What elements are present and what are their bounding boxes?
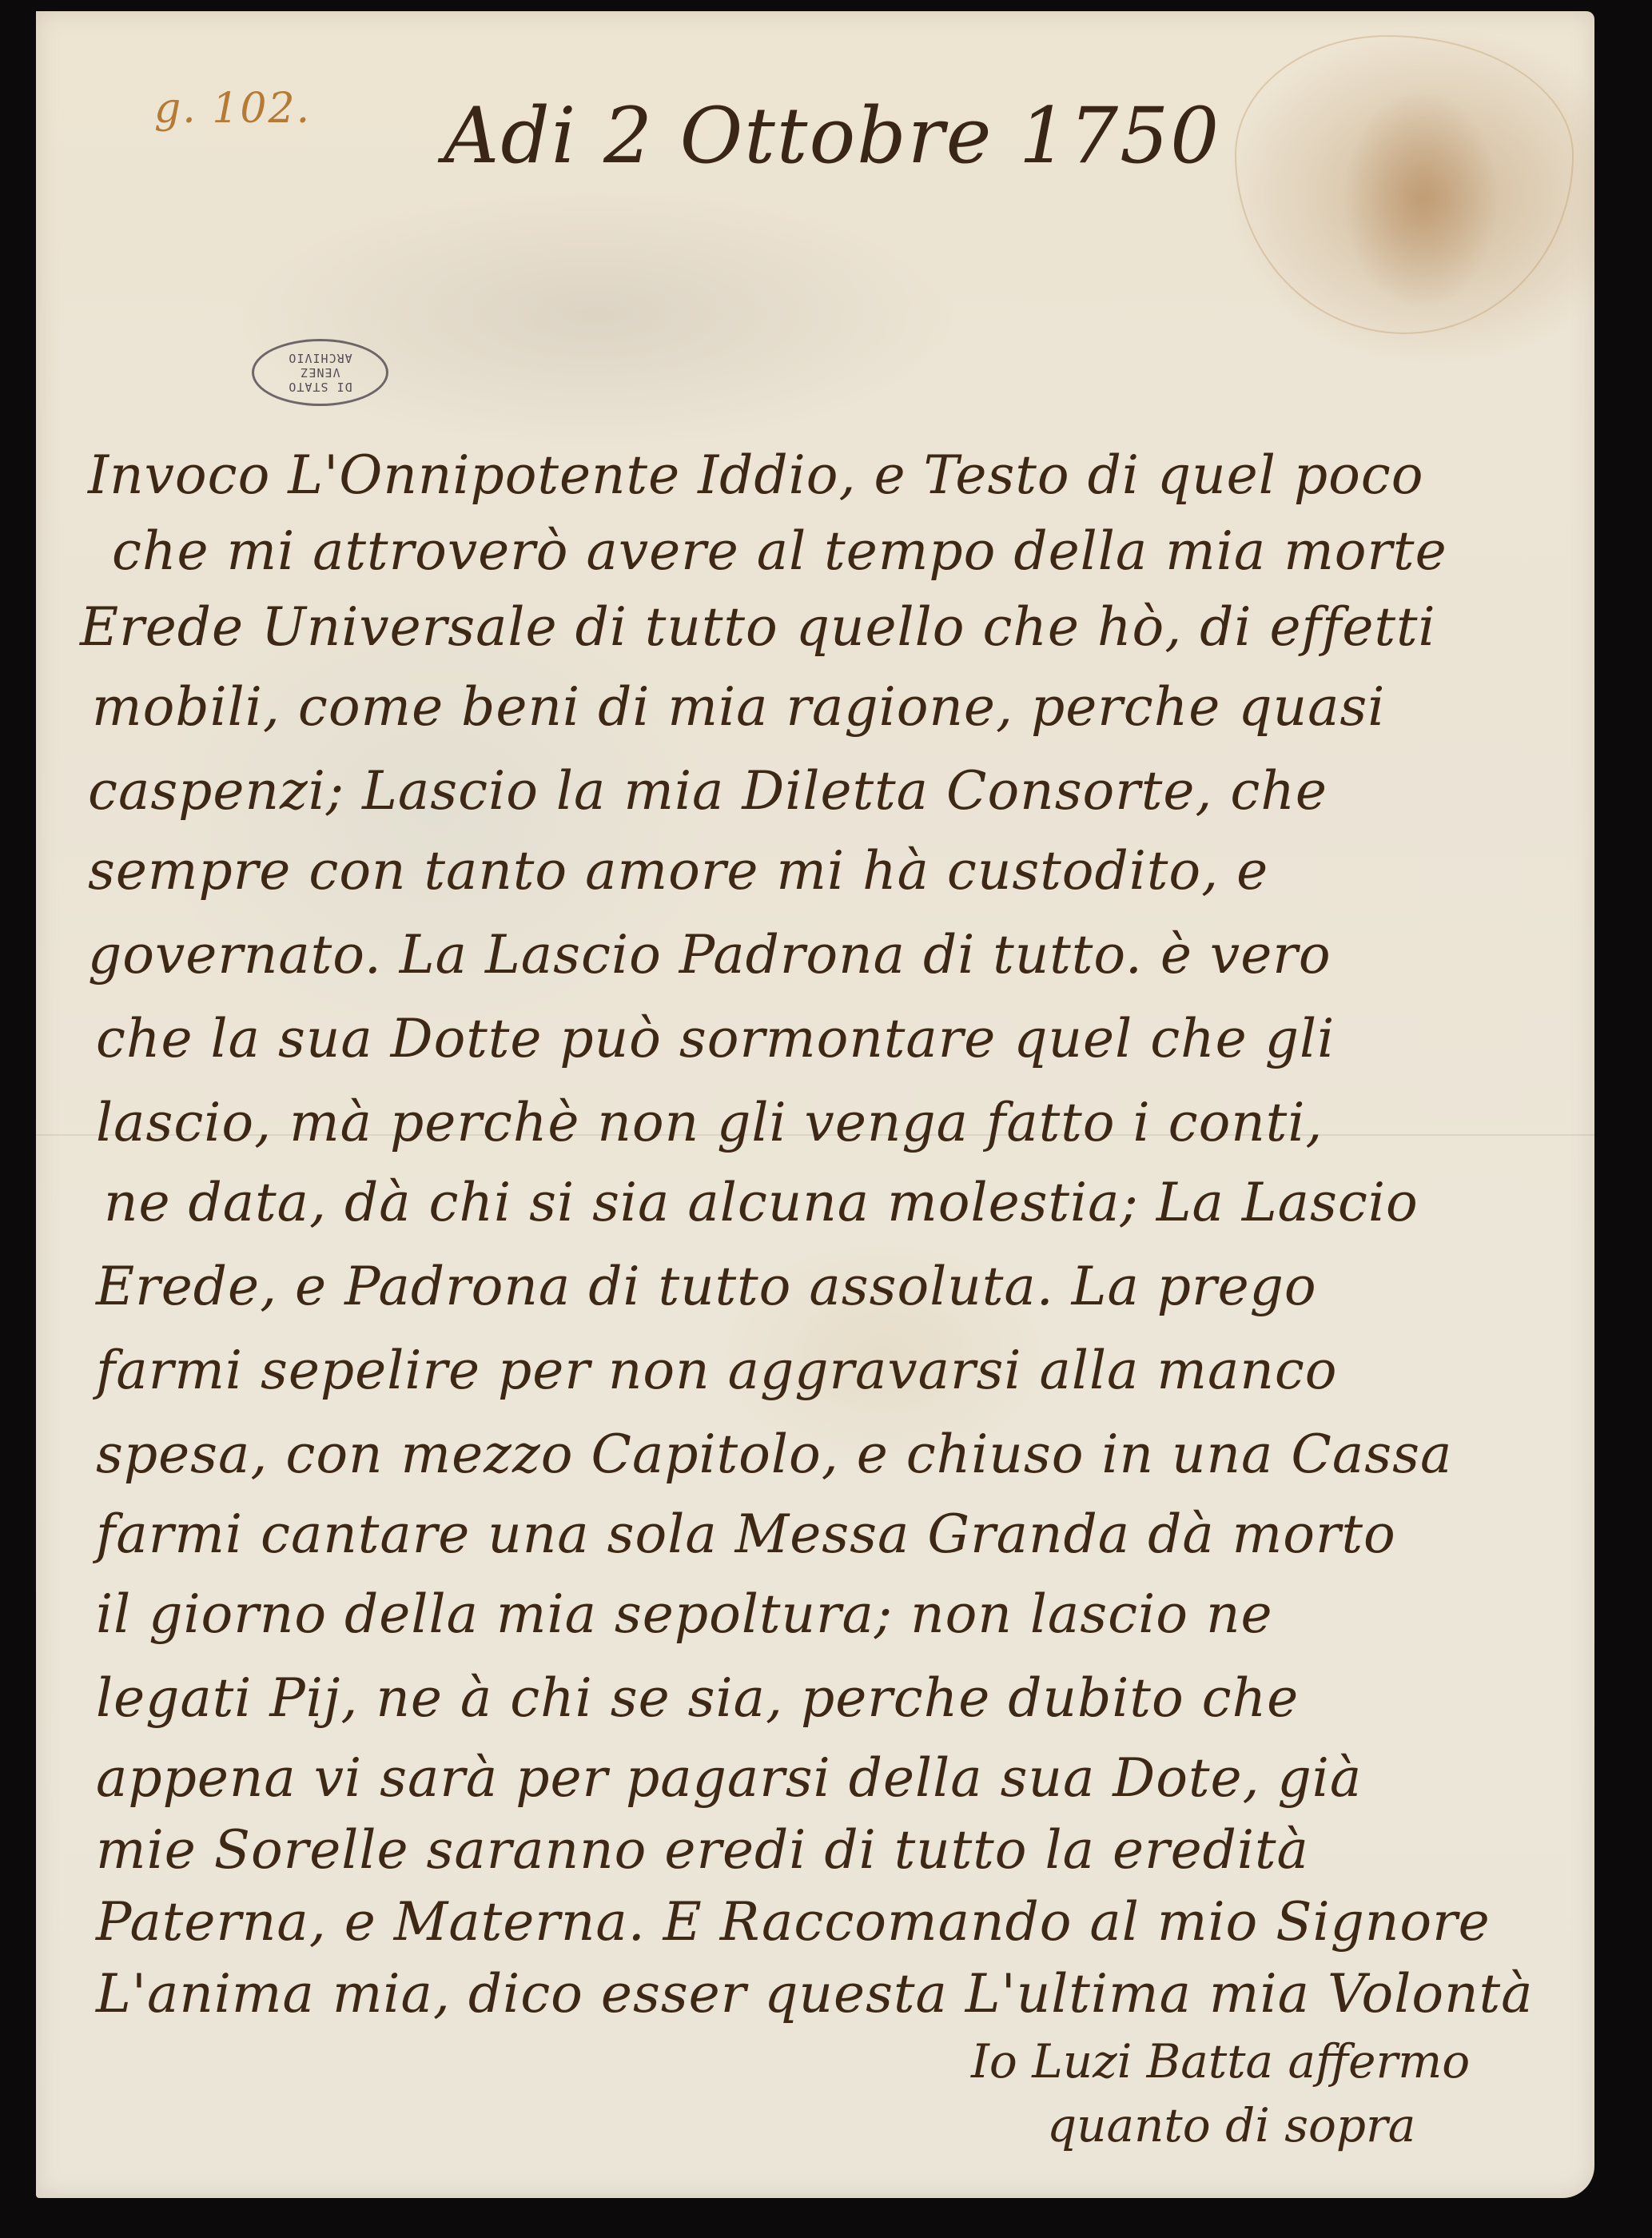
signature-line: Io Luzi Batta affermo <box>971 2034 1470 2089</box>
text-line: legati Pij, ne à chi se sia, perche dubi… <box>96 1667 1299 1730</box>
text-line: farmi sepelire per non aggravarsi alla m… <box>96 1339 1338 1403</box>
text-line: ne data, dà chi si sia alcuna molestia; … <box>104 1171 1419 1235</box>
text-line: spesa, con mezzo Capitolo, e chiuso in u… <box>96 1423 1452 1487</box>
text-line: caspenzi; Lascio la mia Diletta Consorte… <box>88 759 1328 823</box>
text-line: sempre con tanto amore mi hà custodito, … <box>88 839 1268 903</box>
text-line: che la sua Dotte può sormontare quel che… <box>96 1007 1335 1071</box>
text-line: L'anima mia, dico esser questa L'ultima … <box>96 1962 1534 2026</box>
text-line: mobili, come beni di mia ragione, perche… <box>92 675 1385 739</box>
archive-stamp: DI STATO VENEZ ARCHIVIO <box>252 339 388 406</box>
text-line: il giorno della mia sepoltura; non lasci… <box>96 1583 1273 1647</box>
stamp-line: VENEZ <box>300 365 340 380</box>
text-line: Invoco L'Onnipotente Iddio, e Testo di q… <box>88 444 1424 508</box>
stamp-line: DI STATO <box>288 380 352 394</box>
text-line: governato. La Lascio Padrona di tutto. è… <box>88 923 1332 987</box>
scanned-page: g. 102. Adi 2 Ottobre 1750 DI STATO VENE… <box>0 0 1652 2238</box>
signature-line: quanto di sopra <box>1047 2098 1415 2152</box>
stamp-line: ARCHIVIO <box>288 351 352 365</box>
text-line: Erede Universale di tutto quello che hò,… <box>80 595 1436 659</box>
text-line: appena vi sarà per pagarsi della sua Dot… <box>96 1746 1362 1810</box>
text-line: mie Sorelle saranno eredi di tutto la er… <box>96 1818 1309 1882</box>
archive-folio-number: g. 102. <box>154 85 311 133</box>
text-line: che mi attroverò avere al tempo della mi… <box>112 520 1447 583</box>
text-line: farmi cantare una sola Messa Granda dà m… <box>96 1503 1396 1567</box>
text-line: Paterna, e Materna. E Raccomando al mio … <box>96 1890 1491 1954</box>
text-line: lascio, mà perchè non gli venga fatto i … <box>96 1091 1323 1155</box>
heading-date: Adi 2 Ottobre 1750 <box>444 91 1220 181</box>
text-line: Erede, e Padrona di tutto assoluta. La p… <box>96 1255 1317 1319</box>
water-stain <box>1235 35 1574 334</box>
